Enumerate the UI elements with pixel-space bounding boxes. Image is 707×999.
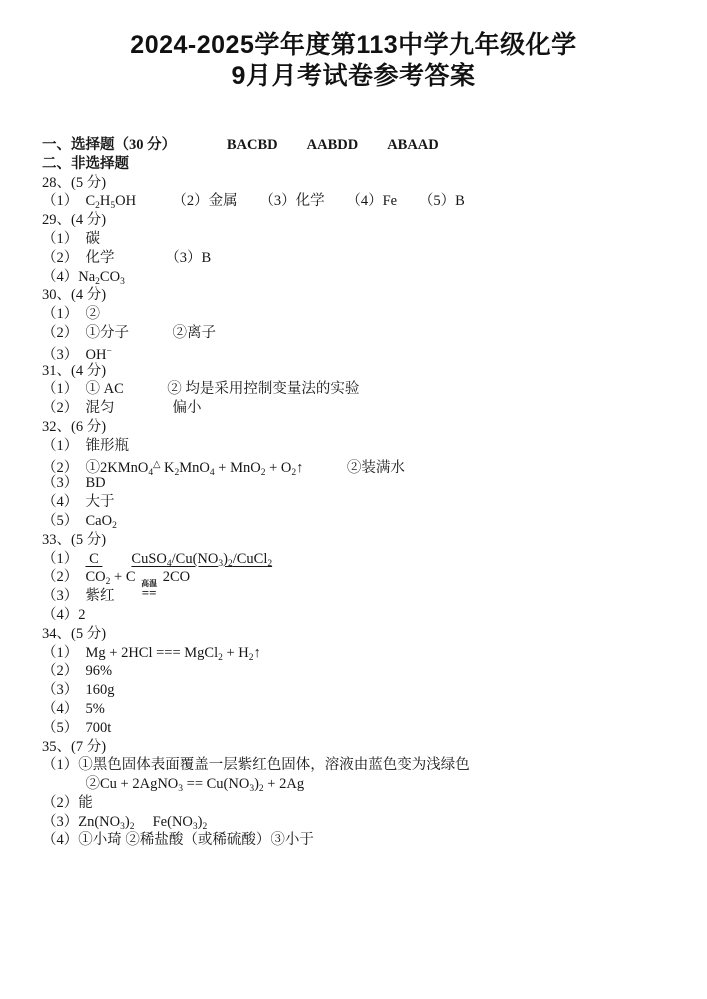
doc-line: （1） ② [42, 305, 687, 324]
doc-line: （3） BD [42, 474, 687, 493]
doc-line: 34、(5 分) [42, 625, 687, 644]
text-run [102, 551, 131, 567]
text-run: /CuCl [233, 551, 268, 567]
doc-line: 30、(4 分) [42, 286, 687, 305]
text-run: + C [110, 569, 139, 585]
text-run: 33、(5 分) [42, 532, 106, 548]
text-run: MnO [179, 460, 210, 476]
subscript: 2 [267, 559, 272, 569]
doc-line: 一、选择题（30 分） BACBD AABDD ABAAD [42, 136, 687, 155]
doc-line: 32、(6 分) [42, 418, 687, 437]
text-run: /Cu(NO [172, 551, 219, 567]
doc-line: （2） 化学 （3）B [42, 249, 687, 268]
text-run: 32、(6 分) [42, 419, 106, 435]
doc-line: （2） ①2KMnO4△ K2MnO4 + MnO2 + O2↑ ②装满水 [42, 456, 687, 475]
text-run: （1） 锥形瓶 [42, 438, 129, 454]
document-title-line2: 9月月考试卷参考答案 [0, 61, 707, 92]
doc-line: 28、(5 分) [42, 174, 687, 193]
doc-line: （3） 紫红 [42, 587, 687, 606]
doc-line: （4）2 [42, 606, 687, 625]
text-run: 34、(5 分) [42, 626, 106, 642]
doc-line: （4）Na2CO3 [42, 268, 687, 287]
text-run: （3） OH [42, 347, 106, 363]
text-run: ↑ ②装满水 [296, 460, 405, 476]
reaction-condition: 高温== [141, 580, 157, 597]
text-run: 30、(4 分) [42, 287, 106, 303]
subscript: 3 [120, 277, 125, 287]
doc-line: （5） CaO2 [42, 512, 687, 531]
text-run: （2）能 [42, 795, 93, 811]
doc-line: （3）Zn(NO3)2 Fe(NO3)2 [42, 813, 687, 832]
text-run: == Cu(NO [183, 776, 249, 792]
document-title: 2024-2025学年度第113中学九年级化学 9月月考试卷参考答案 [0, 0, 707, 92]
text-run: （5） 700t [42, 720, 111, 736]
text-run: + MnO [215, 460, 261, 476]
doc-line: （1） ① AC ② 均是采用控制变量法的实验 [42, 380, 687, 399]
doc-line: （4） 大于 [42, 493, 687, 512]
document-title-line1: 2024-2025学年度第113中学九年级化学 [0, 30, 707, 61]
text-run: （4）2 [42, 607, 86, 623]
text-run: （4） 5% [42, 701, 105, 717]
doc-line: （1） 碳 [42, 230, 687, 249]
doc-line: （2） ①分子 ②离子 [42, 324, 687, 343]
doc-line: （1） Mg + 2HCl === MgCl2 + H2↑ [42, 644, 687, 663]
text-run: + O [265, 460, 291, 476]
superscript: − [106, 347, 111, 357]
text-run: （1） Mg + 2HCl === MgCl [42, 645, 218, 661]
text-run: （4） 大于 [42, 494, 115, 510]
text-run: + 2Ag [264, 776, 304, 792]
doc-line: （4）①小琦 ②稀盐酸（或稀硫酸）③小于 [42, 831, 687, 850]
doc-line: 35、(7 分) [42, 738, 687, 757]
doc-line: 二、非选择题 [42, 155, 687, 174]
doc-line: （2） CO2 + C 高温== 2CO [42, 568, 687, 587]
text-run: ↑ [254, 645, 261, 661]
text-run: K [160, 460, 174, 476]
text-run: （5） CaO [42, 513, 112, 529]
answer-content: 一、选择题（30 分） BACBD AABDD ABAAD二、非选择题28、(5… [0, 136, 707, 850]
text-run: H [100, 193, 110, 209]
doc-line: （1）①黑色固体表面覆盖一层紫红色固体，溶液由蓝色变为浅绿色 [42, 756, 687, 775]
doc-line: 29、(4 分) [42, 211, 687, 230]
text-run: C [86, 551, 103, 567]
subscript: 2 [202, 822, 207, 832]
doc-line: （5） 700t [42, 719, 687, 738]
text-run: （2） 混匀 偏小 [42, 400, 202, 416]
doc-line: 31、(4 分) [42, 362, 687, 381]
text-run: （1） [42, 551, 86, 567]
text-run: + H [223, 645, 249, 661]
text-run: （3）Zn(NO [42, 814, 120, 830]
doc-line: （1） C CuSO4/Cu(NO3)2/CuCl2 [42, 550, 687, 569]
text-run: （2） 96% [42, 663, 112, 679]
text-run: CO [100, 269, 120, 285]
text-run: （4）①小琦 ②稀盐酸（或稀硫酸）③小于 [42, 832, 314, 848]
underlined-text: C [86, 551, 103, 567]
text-run: （2） CO [42, 569, 106, 585]
text-run: （3） 紫红 [42, 588, 115, 604]
text-run: （3） 160g [42, 682, 115, 698]
doc-line: （4） 5% [42, 700, 687, 719]
text-run: OH （2）金属 （3）化学 （4）Fe （5）B [115, 193, 465, 209]
doc-line: ②Cu + 2AgNO3 == Cu(NO3)2 + 2Ag [42, 775, 687, 794]
text-run: 35、(7 分) [42, 739, 106, 755]
doc-line: （1） 锥形瓶 [42, 437, 687, 456]
doc-line: （2）能 [42, 794, 687, 813]
doc-line: （1） C2H5OH （2）金属 （3）化学 （4）Fe （5）B [42, 192, 687, 211]
subscript: 2 [112, 521, 117, 531]
text-run: （3） BD [42, 475, 106, 491]
text-run: ②Cu + 2AgNO [42, 776, 178, 792]
doc-line: （2） 96% [42, 662, 687, 681]
text-run: 二、非选择题 [42, 156, 129, 172]
text-run: 28、(5 分) [42, 175, 106, 191]
doc-line: （3） 160g [42, 681, 687, 700]
text-run: （1） ① AC ② 均是采用控制变量法的实验 [42, 381, 359, 397]
text-run: （2） ①2KMnO [42, 460, 148, 476]
text-run: 31、(4 分) [42, 363, 106, 379]
doc-line: （3） OH− [42, 343, 687, 362]
doc-line: 33、(5 分) [42, 531, 687, 550]
text-run: （4）Na [42, 269, 95, 285]
text-run: （1） ② [42, 306, 100, 322]
underlined-text: CuSO4/Cu(NO3)2/CuCl2 [131, 551, 272, 567]
text-run: （1）①黑色固体表面覆盖一层紫红色固体，溶液由蓝色变为浅绿色 [42, 757, 470, 773]
text-run: 一、选择题（30 分） BACBD AABDD ABAAD [42, 137, 439, 153]
text-run: Fe(NO [134, 814, 192, 830]
text-run: 29、(4 分) [42, 212, 106, 228]
text-run: （2） ①分子 ②离子 [42, 325, 216, 341]
text-run: 2CO [159, 569, 190, 585]
text-run: （2） 化学 （3）B [42, 250, 211, 266]
doc-line: （2） 混匀 偏小 [42, 399, 687, 418]
text-run: （1） C [42, 193, 95, 209]
answer-sheet-page: 2024-2025学年度第113中学九年级化学 9月月考试卷参考答案 一、选择题… [0, 0, 707, 999]
text-run: （1） 碳 [42, 231, 100, 247]
text-run: CuSO [131, 551, 166, 567]
